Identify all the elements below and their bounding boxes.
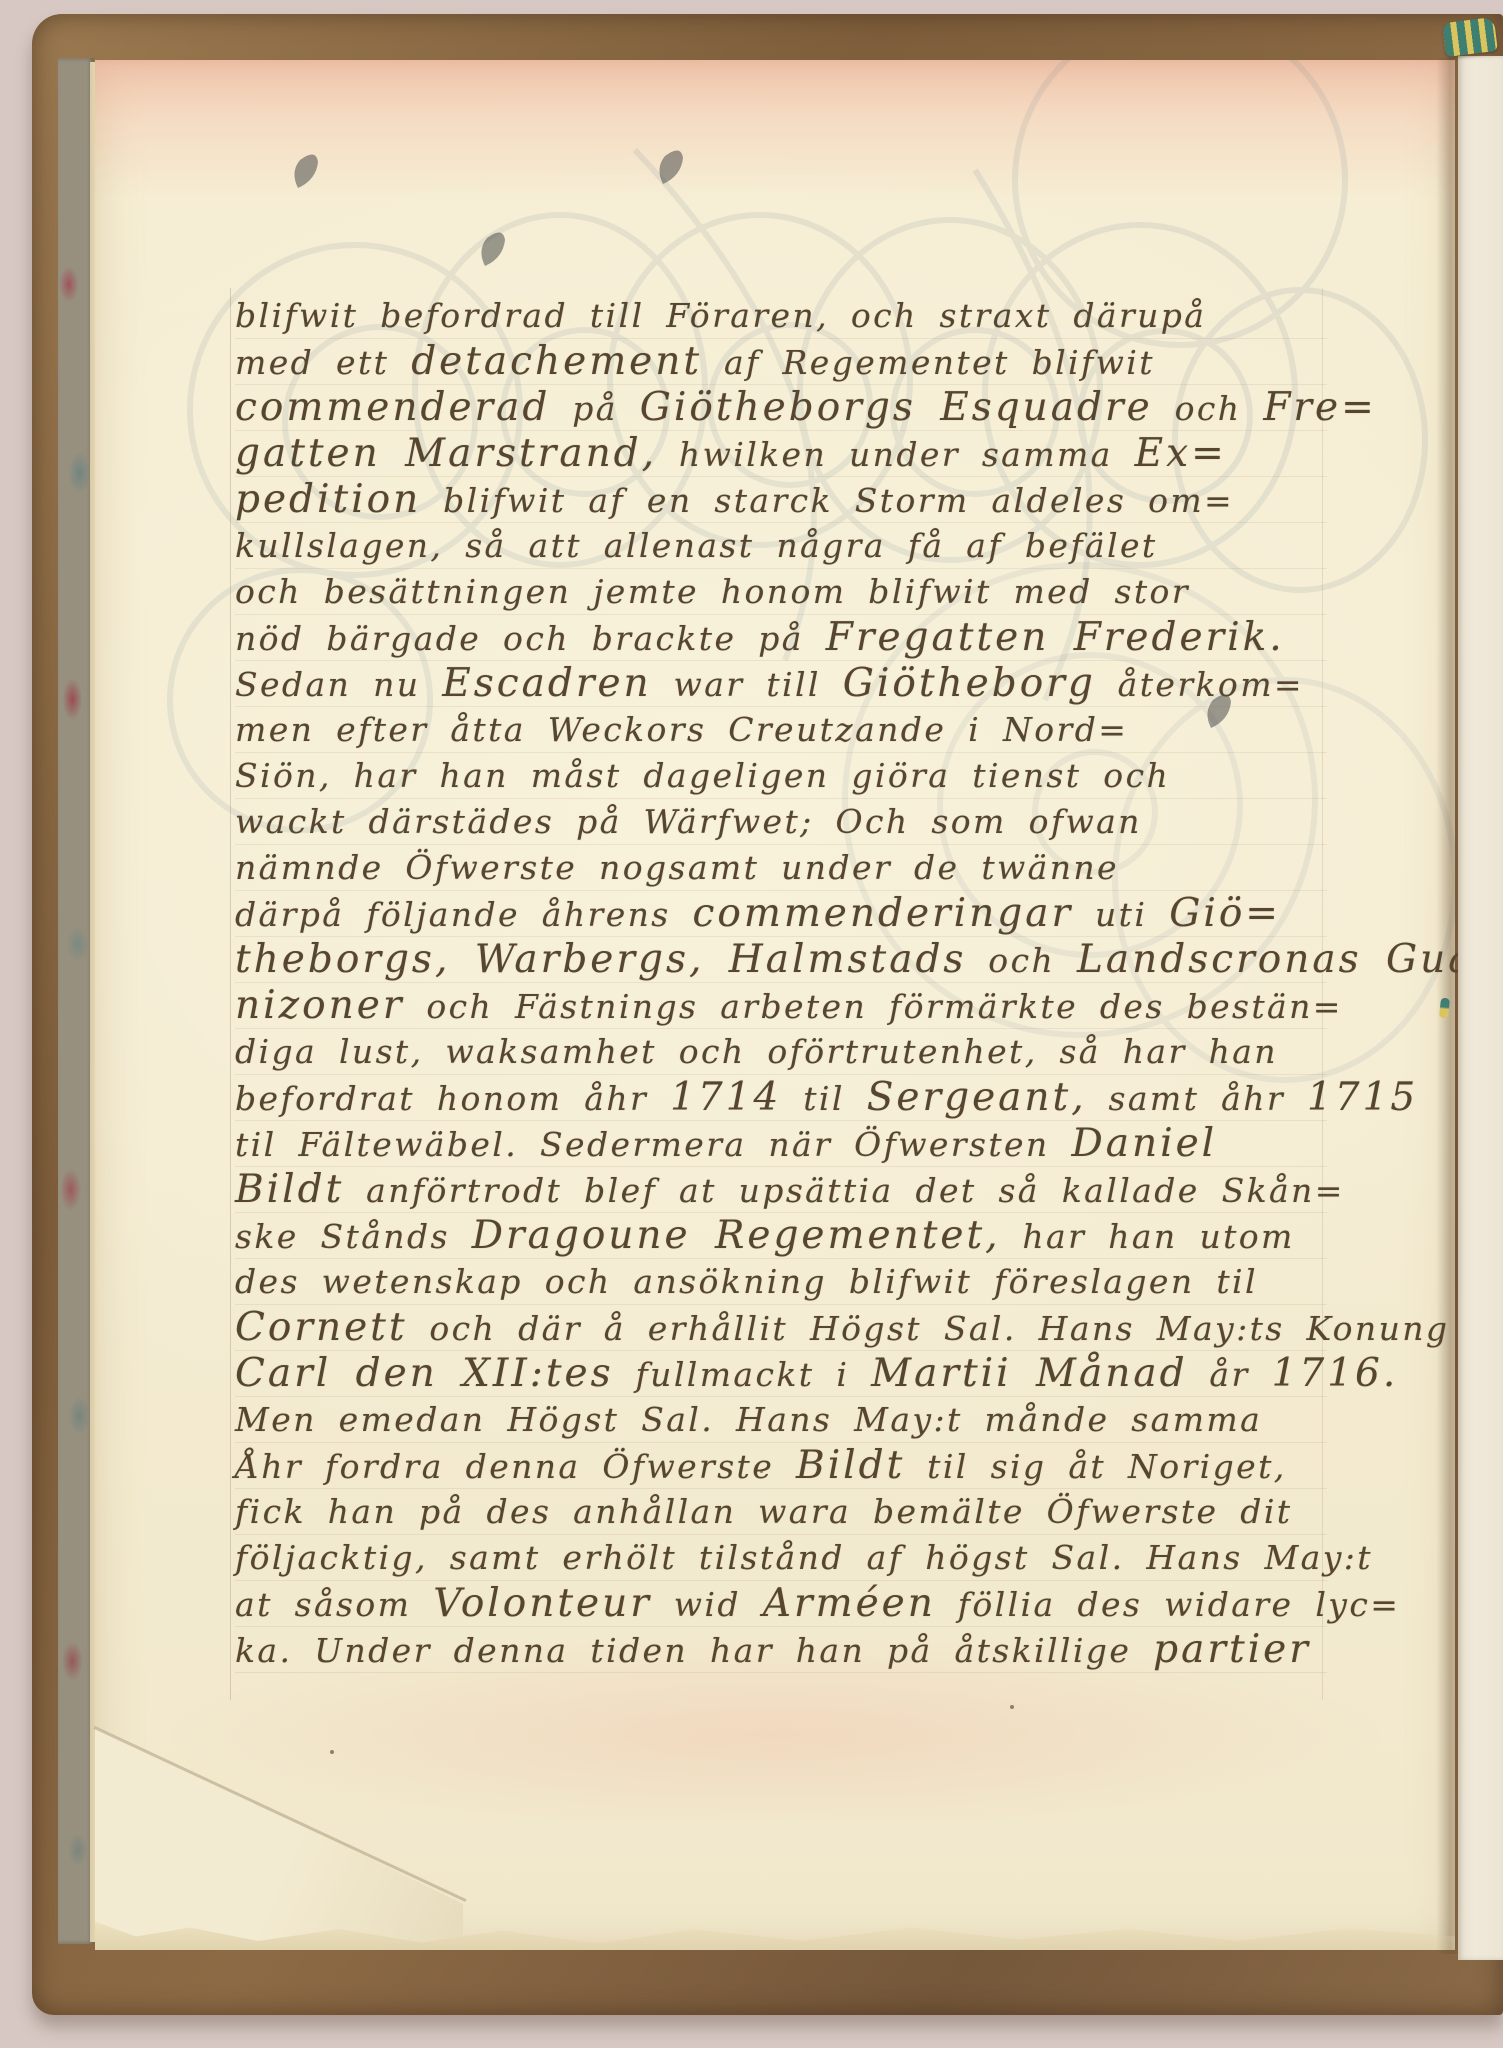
- text-segment: Siön, har han måst dageligen giöra tiens…: [235, 756, 1170, 795]
- text-segment: Escadren: [442, 661, 651, 706]
- text-line-8: nöd bärgade och brackte på Fregatten Fre…: [235, 616, 1327, 662]
- text-segment: Dragoune Regementet,: [472, 1213, 1001, 1258]
- text-segment: til sig åt Noriget,: [905, 1447, 1286, 1486]
- text-segment: år: [1188, 1355, 1272, 1394]
- text-segment: men efter åtta Weckors Creutzande i Nord…: [235, 710, 1128, 749]
- text-segment: nizoner: [235, 983, 404, 1028]
- text-line-22: des wetenskap och ansökning blifwit före…: [235, 1260, 1327, 1306]
- text-segment: och: [966, 941, 1077, 980]
- text-segment: ka. Under denna tiden har han på åtskill…: [235, 1631, 1153, 1670]
- paper-speck: [1010, 1705, 1014, 1709]
- text-segment: med ett: [235, 343, 411, 382]
- text-segment: wackt därstädes på Wärfwet; Och som ofwa…: [235, 802, 1142, 841]
- text-segment: blifwit af en starck Storm aldeles om=: [421, 481, 1234, 520]
- text-segment: och Fästnings arbeten förmärkte des best…: [404, 987, 1342, 1026]
- text-segment: theborgs, Warbergs, Halmstads: [235, 937, 966, 982]
- text-segment: hwilken under samma: [657, 435, 1135, 474]
- text-segment: nöd bärgade och brackte på: [235, 619, 826, 658]
- text-segment: fick han på des anhållan wara bemälte Öf…: [235, 1492, 1292, 1531]
- text-segment: commenderingar: [693, 891, 1074, 936]
- text-segment: Fre=: [1263, 385, 1376, 430]
- text-segment: Giö=: [1169, 891, 1281, 936]
- text-line-24: Carl den XII:tes fullmackt i Martii Måna…: [235, 1352, 1327, 1398]
- text-segment: Sergeant,: [867, 1075, 1087, 1120]
- text-segment: pedition: [235, 477, 421, 522]
- text-segment: därpå följande åhrens: [235, 895, 693, 934]
- text-segment: commenderad: [235, 385, 550, 430]
- text-line-4: gatten Marstrand, hwilken under samma Ex…: [235, 432, 1327, 478]
- text-segment: til: [781, 1079, 866, 1118]
- text-segment: Volonteur: [433, 1581, 652, 1626]
- text-segment: 1714: [670, 1075, 781, 1120]
- text-segment: och där å erhållit Högst Sal. Hans May:t…: [408, 1309, 1450, 1348]
- text-segment: och besättningen jemte honom blifwit med…: [235, 572, 1190, 611]
- text-segment: Ex=: [1135, 431, 1227, 476]
- text-segment: at såsom: [235, 1585, 433, 1624]
- text-line-2: med ett detachement af Regementet blifwi…: [235, 340, 1327, 386]
- text-segment: diga lust, waksamhet och oförtrutenhet, …: [235, 1032, 1278, 1071]
- text-line-9: Sedan nu Escadren war till Giötheborg åt…: [235, 662, 1327, 708]
- text-line-23: Cornett och där å erhållit Högst Sal. Ha…: [235, 1306, 1327, 1352]
- text-segment: kullslagen, så att allenast några få af …: [235, 526, 1158, 565]
- text-line-19: til Fältewäbel. Sedermera när Öfwersten …: [235, 1122, 1327, 1168]
- text-segment: Giötheborg: [843, 661, 1096, 706]
- text-segment: samt åhr: [1087, 1079, 1307, 1118]
- text-segment: Sedan nu: [235, 665, 442, 704]
- paper-speck: [760, 1470, 763, 1473]
- text-segment: wid: [652, 1585, 763, 1624]
- text-segment: af Regementet blifwit: [702, 343, 1155, 382]
- text-segment: Cornett: [235, 1305, 408, 1350]
- text-segment: och: [1153, 389, 1264, 428]
- text-segment: anförtrodt blef at upsättia det så kalla…: [344, 1171, 1345, 1210]
- text-segment: detachement: [411, 339, 702, 384]
- text-segment: har han utom: [1001, 1217, 1295, 1256]
- text-line-3: commenderad på Giötheborgs Esquadre och …: [235, 386, 1327, 432]
- text-line-18: befordrat honom åhr 1714 til Sergeant, s…: [235, 1076, 1327, 1122]
- marbled-endpaper-edge: [58, 58, 94, 1944]
- text-segment: föllia des widare lyc=: [936, 1585, 1400, 1624]
- text-line-11: Siön, har han måst dageligen giöra tiens…: [235, 754, 1327, 800]
- text-segment: Men emedan Högst Sal. Hans May:t månde s…: [235, 1400, 1262, 1439]
- text-segment: 1716.: [1272, 1351, 1399, 1396]
- pink-stain-top: [95, 60, 1455, 200]
- text-line-5: pedition blifwit af en starck Storm alde…: [235, 478, 1327, 524]
- text-segment: gatten Marstrand,: [235, 431, 657, 476]
- text-line-6: kullslagen, så att allenast några få af …: [235, 524, 1327, 570]
- text-segment: ske Stånds: [235, 1217, 472, 1256]
- text-line-13: nämnde Öfwerste nogsamt under de twänne: [235, 846, 1327, 892]
- text-line-12: wackt därstädes på Wärfwet; Och som ofwa…: [235, 800, 1327, 846]
- text-line-14: därpå följande åhrens commenderingar uti…: [235, 892, 1327, 938]
- text-segment: partier: [1153, 1627, 1311, 1672]
- next-page-edge: [1458, 56, 1503, 1960]
- text-segment: Daniel: [1071, 1121, 1217, 1166]
- text-segment: Fregatten Frederik.: [826, 615, 1285, 660]
- text-line-28: följacktig, samt erhölt tilstånd af högs…: [235, 1536, 1327, 1582]
- text-segment: nämnde Öfwerste nogsamt under de twänne: [235, 848, 1119, 887]
- text-segment: Giötheborgs Esquadre: [640, 385, 1153, 430]
- text-segment: följacktig, samt erhölt tilstånd af högs…: [235, 1538, 1373, 1577]
- text-line-17: diga lust, waksamhet och oförtrutenhet, …: [235, 1030, 1327, 1076]
- text-line-25: Men emedan Högst Sal. Hans May:t månde s…: [235, 1398, 1327, 1444]
- text-segment: war till: [652, 665, 843, 704]
- text-line-15: theborgs, Warbergs, Halmstads och Landsc…: [235, 938, 1327, 984]
- text-line-29: at såsom Volonteur wid Arméen föllia des…: [235, 1582, 1327, 1628]
- text-line-7: och besättningen jemte honom blifwit med…: [235, 570, 1327, 616]
- text-segment: på: [550, 389, 639, 428]
- text-segment: blifwit befordrad till Föraren, och stra…: [235, 296, 1206, 335]
- margin-rule-left: [230, 288, 231, 1700]
- text-segment: Martii Månad: [871, 1351, 1187, 1396]
- text-segment: återkom=: [1096, 665, 1304, 704]
- text-segment: uti: [1073, 895, 1169, 934]
- photograph-background: { "manuscript": { "description_title": "…: [0, 0, 1503, 2048]
- text-segment: Åhr fordra denna Öfwerste: [235, 1447, 796, 1486]
- text-line-21: ske Stånds Dragoune Regementet, har han …: [235, 1214, 1327, 1260]
- text-segment: Bildt: [796, 1443, 905, 1488]
- text-segment: des wetenskap och ansökning blifwit före…: [235, 1262, 1258, 1301]
- text-segment: fullmackt i: [614, 1355, 872, 1394]
- text-line-27: fick han på des anhållan wara bemälte Öf…: [235, 1490, 1327, 1536]
- text-line-10: men efter åtta Weckors Creutzande i Nord…: [235, 708, 1327, 754]
- endband-headband: [1442, 17, 1498, 57]
- paper-speck: [330, 1750, 334, 1754]
- text-segment: til Fältewäbel. Sedermera när Öfwersten: [235, 1125, 1071, 1164]
- text-segment: Arméen: [763, 1581, 936, 1626]
- text-line-16: nizoner och Fästnings arbeten förmärkte …: [235, 984, 1327, 1030]
- text-segment: Bildt: [235, 1167, 344, 1212]
- text-line-30: ka. Under denna tiden har han på åtskill…: [235, 1628, 1327, 1674]
- text-line-26: Åhr fordra denna Öfwerste Bildt til sig …: [235, 1444, 1327, 1490]
- manuscript-text: blifwit befordrad till Föraren, och stra…: [235, 294, 1327, 1676]
- text-segment: 1715: [1307, 1075, 1418, 1120]
- text-segment: Carl den XII:tes: [235, 1351, 614, 1396]
- text-line-20: Bildt anförtrodt blef at upsättia det så…: [235, 1168, 1327, 1214]
- text-line-1: blifwit befordrad till Föraren, och stra…: [235, 294, 1327, 340]
- text-segment: befordrat honom åhr: [235, 1079, 670, 1118]
